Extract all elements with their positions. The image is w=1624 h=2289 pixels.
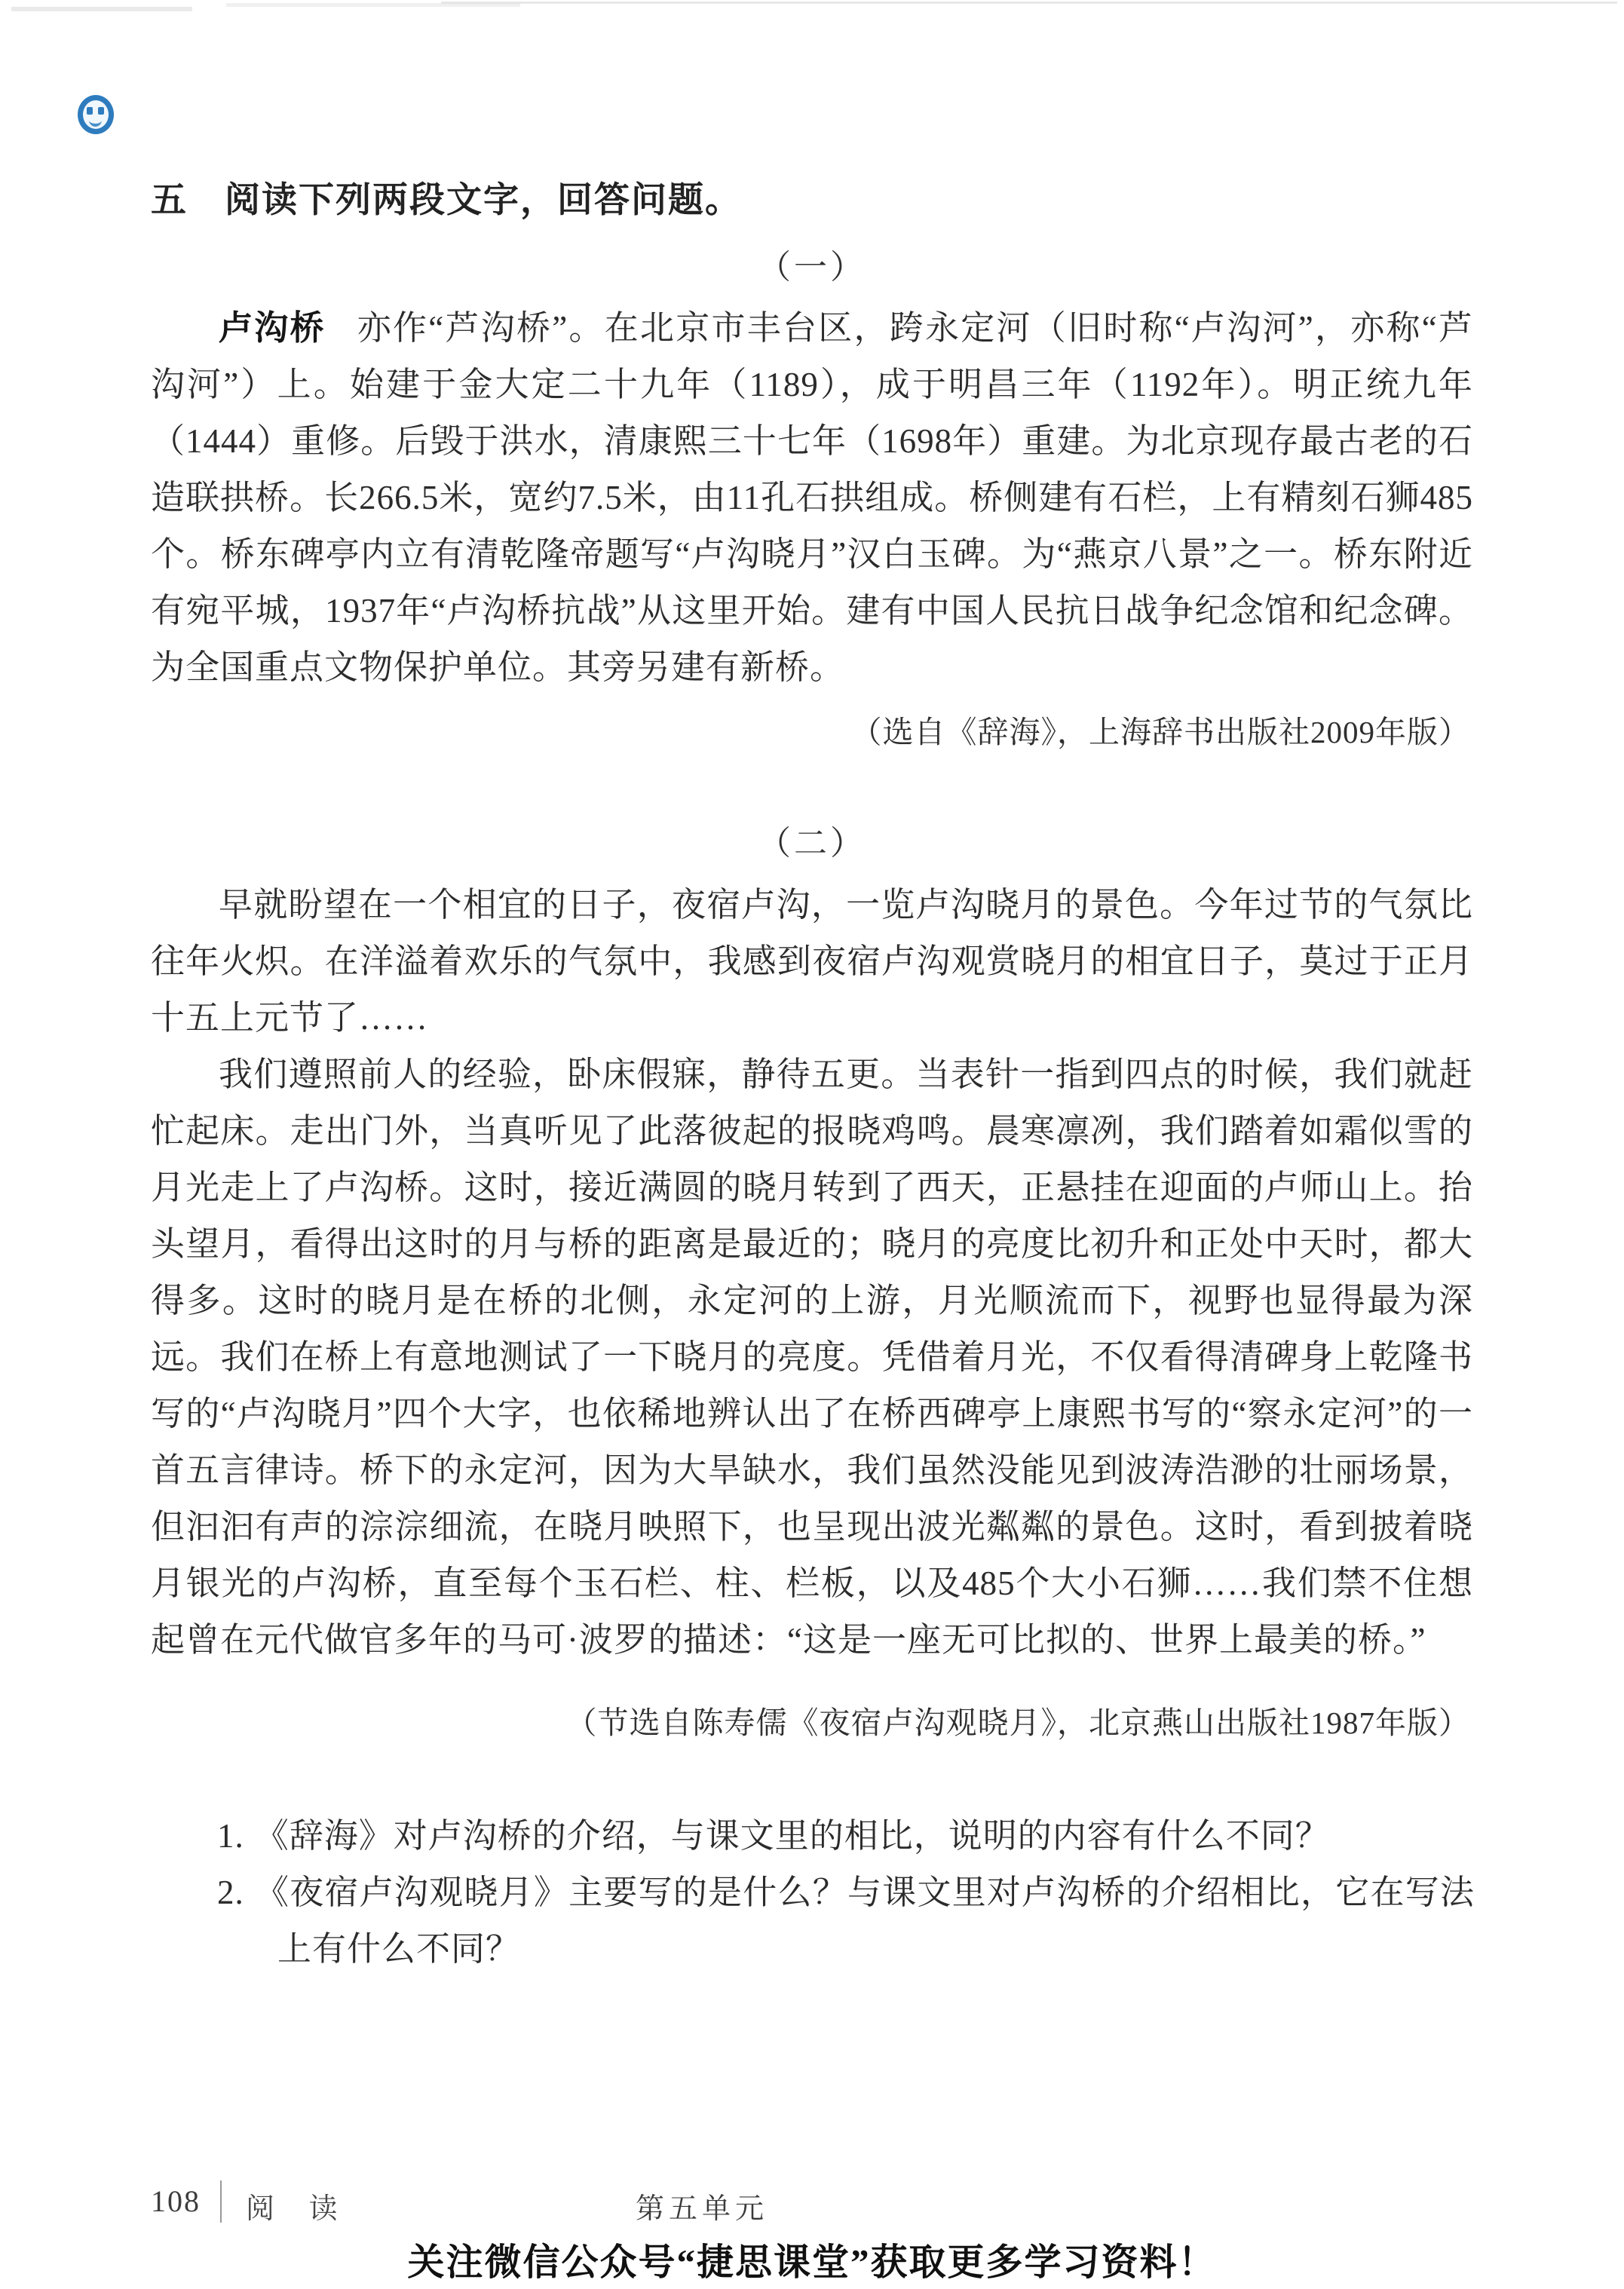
promo-banner: 关注微信公众号“捷思课堂”获取更多学习资料！ — [0, 2233, 1624, 2286]
footer-divider — [220, 2180, 222, 2223]
page-number: 108 — [151, 2183, 201, 2219]
passage-two-paragraph: 早就盼望在一个相宜的日子，夜宿卢沟，一览卢沟晓月的景色。今年过节的气氛比往年火炽… — [151, 877, 1473, 1046]
part-two-label: （二） — [0, 816, 1624, 864]
smiley-eye-icon — [98, 107, 104, 115]
footer-unit-label: 第五单元 — [636, 2185, 768, 2226]
passage-two-source: （节选自陈寿儒《夜宿卢沟观晓月》，北京燕山出版社1987年版） — [566, 1698, 1471, 1742]
question-list: 1.《辞海》对卢沟桥的介绍，与课文里的相比，说明的内容有什么不同？ 2.《夜宿卢… — [217, 1808, 1475, 1978]
question-text: 《夜宿卢沟观晓月》主要写的是什么？与课文里对卢沟桥的介绍相比，它在写法上有什么不… — [255, 1874, 1475, 1968]
smiley-icon — [78, 95, 114, 134]
scan-artifact — [11, 7, 192, 11]
footer-section-label: 阅 读 — [246, 2185, 351, 2226]
scan-artifact — [441, 2, 1617, 4]
smiley-eye-icon — [87, 107, 93, 115]
page-footer: 108 阅 读 第五单元 — [0, 2183, 1624, 2229]
entry-text: 亦作“芦沟桥”。在北京市丰台区，跨永定河（旧时称“卢沟河”，亦称“芦沟河”）上。… — [151, 309, 1473, 686]
part-one-label: （一） — [0, 240, 1624, 288]
question-number: 2. — [217, 1874, 244, 1911]
exercise-heading: 五 阅读下列两段文字，回答问题。 — [151, 172, 1478, 222]
question-text: 《辞海》对卢沟桥的介绍，与课文里的相比，说明的内容有什么不同？ — [255, 1817, 1330, 1855]
passage-one-source: （选自《辞海》，上海辞书出版社2009年版） — [851, 707, 1471, 752]
passage-one-paragraph: 卢沟桥亦作“芦沟桥”。在北京市丰台区，跨永定河（旧时称“卢沟河”，亦称“芦沟河”… — [151, 300, 1473, 696]
smiley-mouth-icon — [89, 118, 102, 127]
textbook-page: 五 阅读下列两段文字，回答问题。 （一） 卢沟桥亦作“芦沟桥”。在北京市丰台区，… — [0, 0, 1624, 2289]
entry-term: 卢沟桥 — [219, 309, 326, 347]
question-number: 1. — [217, 1817, 244, 1855]
passage-one: 卢沟桥亦作“芦沟桥”。在北京市丰台区，跨永定河（旧时称“卢沟河”，亦称“芦沟河”… — [151, 300, 1473, 696]
question-item: 2.《夜宿卢沟观晓月》主要写的是什么？与课文里对卢沟桥的介绍相比，它在写法上有什… — [217, 1865, 1475, 1978]
passage-two-paragraph: 我们遵照前人的经验，卧床假寐，静待五更。当表针一指到四点的时候，我们就赶忙起床。… — [151, 1046, 1473, 1668]
passage-two: 早就盼望在一个相宜的日子，夜宿卢沟，一览卢沟晓月的景色。今年过节的气氛比往年火炽… — [151, 877, 1473, 1668]
question-item: 1.《辞海》对卢沟桥的介绍，与课文里的相比，说明的内容有什么不同？ — [217, 1808, 1475, 1865]
